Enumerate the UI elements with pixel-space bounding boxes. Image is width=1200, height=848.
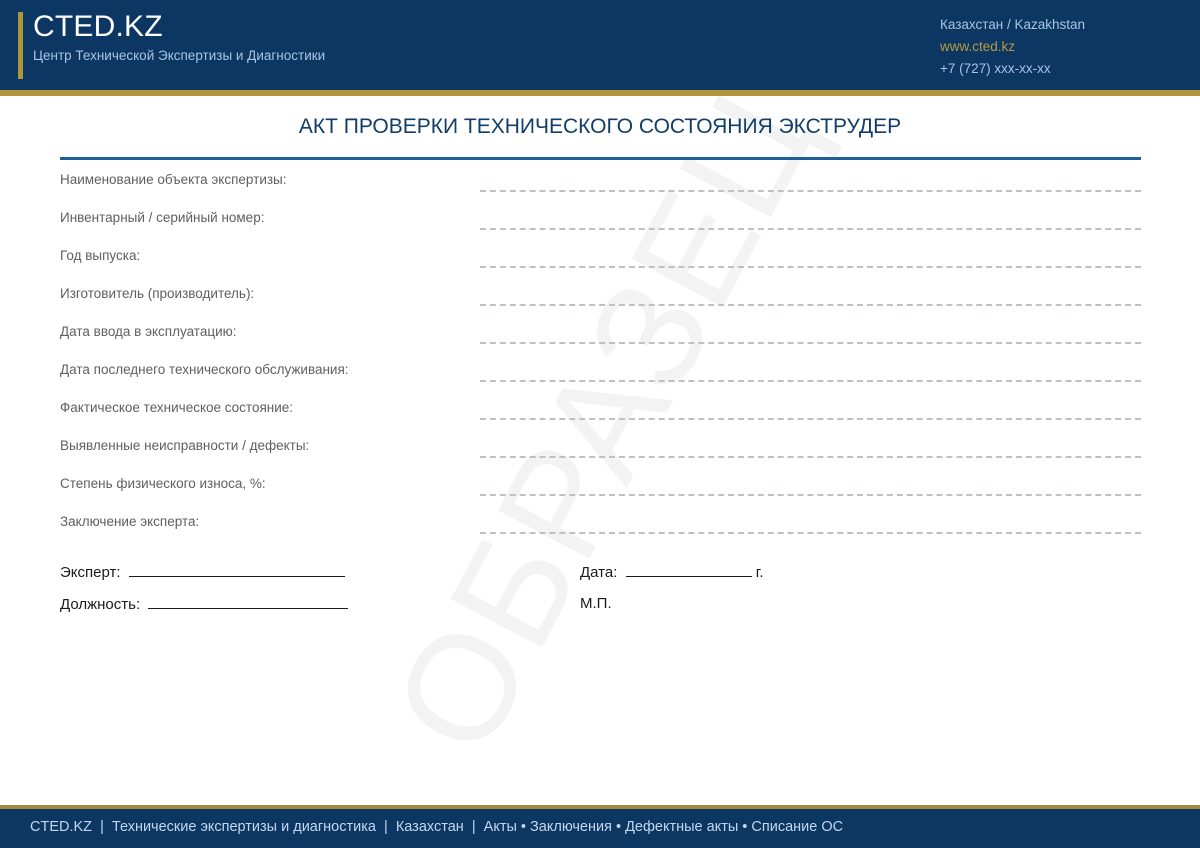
date-line[interactable]: [626, 563, 752, 577]
field-row: Наименование объекта экспертизы:: [60, 172, 1141, 210]
field-label: Изготовитель (производитель):: [60, 286, 254, 301]
date-signature: Дата: г.: [580, 563, 764, 581]
position-label: Должность:: [60, 596, 140, 613]
field-row: Дата ввода в эксплуатацию:: [60, 324, 1141, 362]
field-label: Год выпуска:: [60, 248, 140, 263]
field-label: Степень физического износа, %:: [60, 476, 266, 491]
header-banner: CTED.KZ Центр Технической Экспертизы и Д…: [0, 0, 1200, 90]
date-suffix: г.: [756, 564, 764, 581]
field-input-line[interactable]: [480, 494, 1141, 496]
expert-label: Эксперт:: [60, 564, 121, 581]
field-label: Дата последнего технического обслуживани…: [60, 362, 349, 377]
field-input-line[interactable]: [480, 456, 1141, 458]
field-input-line[interactable]: [480, 532, 1141, 534]
field-input-line[interactable]: [480, 266, 1141, 268]
expert-signature-line[interactable]: [129, 563, 345, 577]
stamp-place: М.П.: [580, 595, 612, 612]
footer-text: CTED.KZ | Технические экспертизы и диагн…: [30, 819, 843, 835]
field-label: Выявленные неисправности / дефекты:: [60, 438, 309, 453]
footer-bar: CTED.KZ | Технические экспертизы и диагн…: [0, 809, 1200, 848]
field-row: Изготовитель (производитель):: [60, 286, 1141, 324]
field-input-line[interactable]: [480, 190, 1141, 192]
field-label: Инвентарный / серийный номер:: [60, 210, 264, 225]
field-row: Фактическое техническое состояние:: [60, 400, 1141, 438]
field-input-line[interactable]: [480, 304, 1141, 306]
field-row: Инвентарный / серийный номер:: [60, 210, 1141, 248]
field-input-line[interactable]: [480, 380, 1141, 382]
field-input-line[interactable]: [480, 418, 1141, 420]
header-phone: +7 (727) xxx-xx-xx: [940, 61, 1051, 76]
field-row: Степень физического износа, %:: [60, 476, 1141, 514]
field-input-line[interactable]: [480, 228, 1141, 230]
header-website-link[interactable]: www.cted.kz: [940, 39, 1015, 54]
expert-signature: Эксперт:: [60, 563, 345, 581]
field-row: Выявленные неисправности / дефекты:: [60, 438, 1141, 476]
field-label: Дата ввода в эксплуатацию:: [60, 324, 237, 339]
position-signature: Должность:: [60, 595, 348, 613]
brand-name: CTED.KZ: [33, 10, 163, 44]
field-row: Дата последнего технического обслуживани…: [60, 362, 1141, 400]
field-row: Год выпуска:: [60, 248, 1141, 286]
brand-subtitle: Центр Технической Экспертизы и Диагности…: [33, 48, 325, 63]
brand-accent-bar: [18, 12, 23, 79]
field-label: Фактическое техническое состояние:: [60, 400, 293, 415]
field-row: Заключение эксперта:: [60, 514, 1141, 552]
field-label: Наименование объекта экспертизы:: [60, 172, 287, 187]
title-divider: [60, 157, 1141, 160]
date-label: Дата:: [580, 564, 617, 581]
field-input-line[interactable]: [480, 342, 1141, 344]
document-title: АКТ ПРОВЕРКИ ТЕХНИЧЕСКОГО СОСТОЯНИЯ ЭКСТ…: [0, 115, 1200, 139]
field-label: Заключение эксперта:: [60, 514, 199, 529]
header-gold-divider: [0, 90, 1200, 96]
position-line[interactable]: [148, 595, 348, 609]
header-country: Казахстан / Kazakhstan: [940, 17, 1085, 32]
